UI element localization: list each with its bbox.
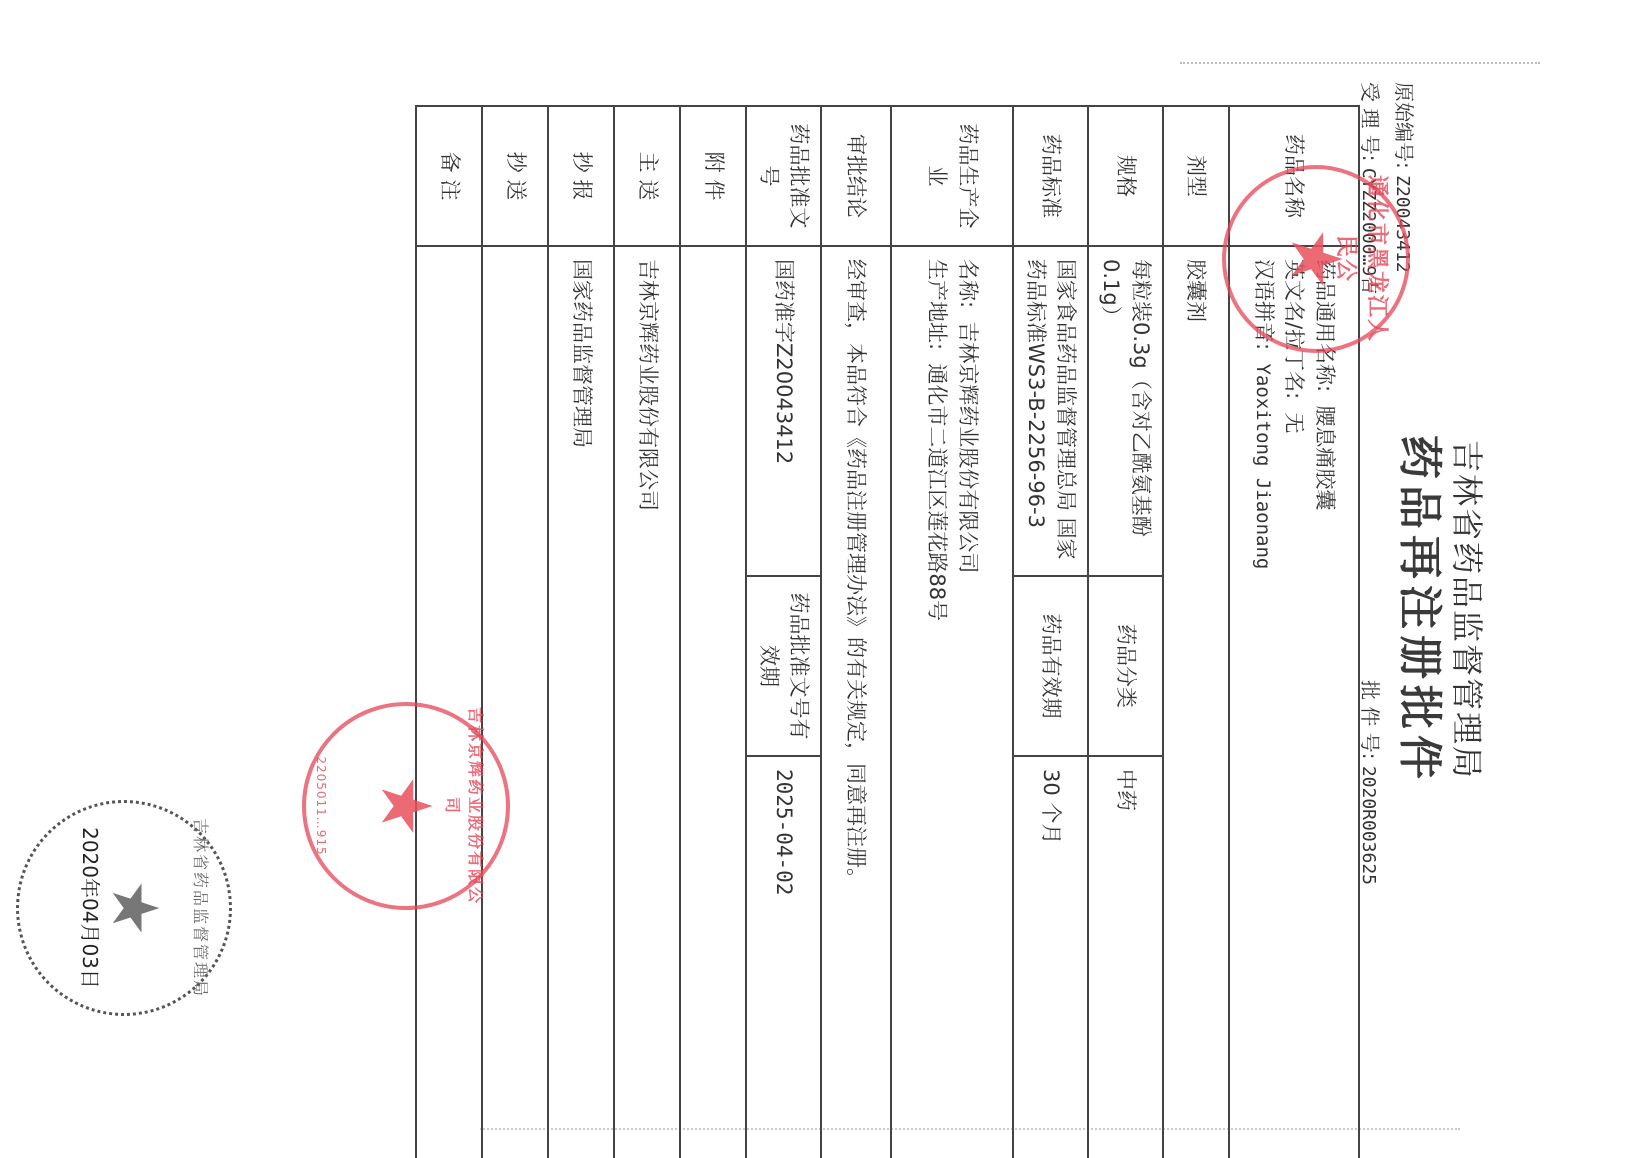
manufacturer-name-label: 名称: [956,259,980,308]
generic-name-label: 药品通用名称: [1313,259,1337,392]
original-number: 原始编号: Z20043412 [1391,82,1420,273]
table-row: 药品名称 药品通用名称: 腰息痛胶囊 英文名/拉丁名: 无 汉语拼音: Yaox… [1229,106,1359,1158]
table-row: 抄 报 国家药品监督管理局 [548,106,614,1158]
agency-date-seal: 吉林省药品监督管理局 ★ 2020年04月03日 [16,800,232,1016]
approval-document-page: 吉林省药品监督管理局 药品再注册批件 原始编号: Z20043412 受 理 号… [0,60,1490,1158]
report-to-value: 国家药品监督管理局 [548,246,614,1158]
acceptance-number-value: CYZZ2000…9吉 [1358,168,1379,294]
table-row: 药品标准 国家食品药品监督管理总局 国家药品标准WS3-B-2256-96-3 … [1013,106,1088,1158]
manufacturer-address-value: 通化市二道江区莲花路88号 [925,363,949,621]
generic-name-value: 腰息痛胶囊 [1313,405,1337,510]
approval-doc-label: 药品批准文号 [746,106,821,246]
pinyin-name: 汉语拼音: Yaoxitong Jiaonang [1248,259,1279,1151]
table-row: 备 注 [416,106,482,1158]
table-row: 药品生产企业 名称: 吉林京辉药业股份有限公司 生产地址: 通化市二道江区莲花路… [891,106,1013,1158]
standard-value: 国家食品药品监督管理总局 国家药品标准WS3-B-2256-96-3 [1013,246,1088,576]
category-value: 中药 [1088,756,1163,1158]
approval-number-label: 批 件 号: [1358,680,1382,759]
conclusion-value: 经审查，本品符合《药品注册管理办法》的有关规定，同意再注册。 [821,246,891,1158]
table-row: 抄 送 [482,106,548,1158]
manufacturer-label: 药品生产企业 [891,106,1013,246]
table-row: 剂型 胶囊剂 [1163,106,1229,1158]
pinyin-value: Yaoxitong Jiaonang [1252,363,1274,569]
english-name: 英文名/拉丁名: 无 [1279,259,1309,1151]
table-row: 规格 每粒装0.3g（含对乙酰氨基酚0.1g） 药品分类 中药 [1088,106,1163,1158]
main-recipient-value: 吉林京辉药业股份有限公司 [614,246,680,1158]
manufacturer-address-label: 生产地址: [925,259,949,350]
copy-to-value [482,246,548,1158]
approval-form-table: 药品名称 药品通用名称: 腰息痛胶囊 英文名/拉丁名: 无 汉语拼音: Yaox… [415,105,1360,1158]
seal-star-icon: ★ [103,879,167,936]
main-recipient-label: 主 送 [614,106,680,246]
dosage-form-label: 剂型 [1163,106,1229,246]
agency-seal-text: 吉林省药品监督管理局 [190,803,213,1013]
copy-to-label: 抄 送 [482,106,548,246]
company-seal-code: 2205011…915 [314,706,328,906]
acceptance-number-label: 受 理 号: [1358,82,1382,161]
shelf-life-value: 30 个月 [1013,756,1088,1158]
generic-name: 药品通用名称: 腰息痛胶囊 [1309,259,1339,1151]
standard-label: 药品标准 [1013,106,1088,246]
acceptance-number: 受 理 号: CYZZ2000…9吉 [1357,82,1386,294]
attachment-value [680,246,746,1158]
category-label: 药品分类 [1088,576,1163,756]
table-row: 药品批准文号 国药准字Z20043412 药品批准文号有效期 2025-04-0… [746,106,821,1158]
approval-validity-value: 2025-04-02 [746,756,821,1158]
spec-value: 每粒装0.3g（含对乙酰氨基酚0.1g） [1088,246,1163,576]
conclusion-label: 审批结论 [821,106,891,246]
remarks-label: 备 注 [416,106,482,246]
approval-validity-label: 药品批准文号有效期 [746,576,821,756]
approval-doc-value: 国药准字Z20043412 [746,246,821,576]
report-to-label: 抄 报 [548,106,614,246]
approval-number-value: 2020R003625 [1358,766,1379,885]
shelf-life-label: 药品有效期 [1013,576,1088,756]
remarks-value [416,246,482,1158]
english-name-label: 英文名/拉丁名: [1282,259,1306,399]
manufacturer-name-value: 吉林京辉药业股份有限公司 [956,321,980,573]
original-number-value: Z20043412 [1392,175,1413,273]
table-row: 主 送 吉林京辉药业股份有限公司 [614,106,680,1158]
original-number-label: 原始编号: [1392,82,1416,169]
pinyin-label: 汉语拼音: [1252,259,1276,350]
manufacturer-cell: 名称: 吉林京辉药业股份有限公司 生产地址: 通化市二道江区莲花路88号 [891,246,1013,1158]
manufacturer-name: 名称: 吉林京辉药业股份有限公司 [952,259,982,1151]
agency-seal-date: 2020年04月03日 [77,803,106,1013]
drug-name-label: 药品名称 [1229,106,1359,246]
spec-label: 规格 [1088,106,1163,246]
table-row: 审批结论 经审查，本品符合《药品注册管理办法》的有关规定，同意再注册。 [821,106,891,1158]
table-row: 附 件 [680,106,746,1158]
dosage-form-value: 胶囊剂 [1163,246,1229,1158]
manufacturer-address: 生产地址: 通化市二道江区莲花路88号 [922,259,952,1151]
drug-name-cell: 药品通用名称: 腰息痛胶囊 英文名/拉丁名: 无 汉语拼音: Yaoxitong… [1229,246,1359,1158]
english-name-value: 无 [1282,413,1306,434]
approval-number: 批 件 号: 2020R003625 [1357,680,1386,885]
attachment-label: 附 件 [680,106,746,246]
